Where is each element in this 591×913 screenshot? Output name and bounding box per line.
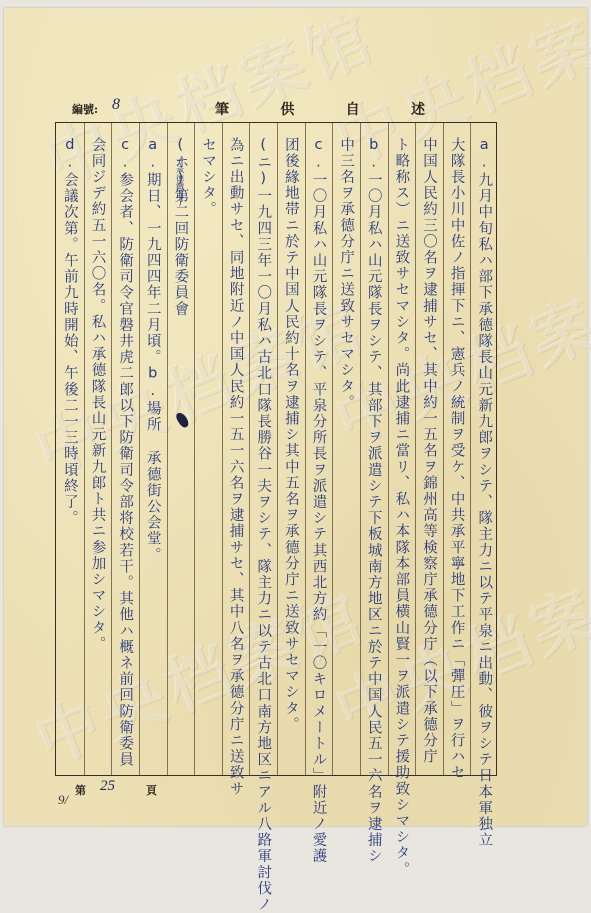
text-column: ト略称ス）ニ送致サセマシタ。尚此逮捕ニ當リ、私ハ本隊本部員横山賢一ヲ派遣シテ援助… bbox=[389, 137, 413, 828]
title-char: 筆 bbox=[215, 99, 229, 119]
text-column: (ニ)一九四三年一〇月私ハ古北口隊長勝谷一夫ヲシテ、隊主力ニ以テ古北口南方地区ニ… bbox=[251, 137, 275, 828]
text-column: 会同ジデ約五一六〇名。私ハ承德隊長山元新九郎ト共ニ参加シマシタ。 bbox=[85, 137, 109, 652]
text-column: c.一〇月私ハ山元隊長ヲシテ、平泉分所長ヲ派遣シテ其西北方約「一〇キロメートル」… bbox=[306, 137, 330, 828]
text-column: b.一〇月私ハ山元隊長ヲシテ、其部下ヲ派遣シテ下板城南方地区ニ於テ中国人民五一六… bbox=[362, 137, 386, 828]
page-number: 25 bbox=[100, 778, 115, 795]
title-char: 述 bbox=[411, 99, 425, 119]
text-column: 中国人民約三〇名ヲ逮捕サセ、其中約一五名ヲ錦州高等検察庁承德分庁（以下承德分庁 bbox=[417, 137, 441, 765]
serial-label: 編號: bbox=[72, 101, 98, 117]
text-column: 為ニ出動サセ、同地附近ノ中国人民約一五一六名ヲ逮捕サセ、其中八名ヲ承德分庁ニ送致… bbox=[224, 137, 248, 797]
text-column: 大隊長小川中佐ノ指揮下ニ、憲兵ノ統制ヲ受ケ、中共承平寧地下工作ニ「彈圧」ヲ行ハセ bbox=[445, 137, 469, 781]
corner-mark: 9/ bbox=[58, 792, 68, 808]
title-char: 自 bbox=[346, 99, 360, 119]
page-prefix: 第 bbox=[75, 782, 86, 798]
text-column: セマシタ。 bbox=[196, 137, 220, 218]
text-column: c.参会者、防衛司令官磐井虎二郎以下防衛司令部将校若干。其他ハ概ネ前回防衛委員 bbox=[113, 137, 137, 768]
text-column: 中三名ヲ承德分庁ニ送致サセマシタ。 bbox=[334, 137, 358, 411]
column-rule bbox=[194, 123, 195, 775]
title-char: 供 bbox=[280, 99, 294, 119]
inserted-note: (承德鐡道) bbox=[161, 157, 185, 207]
serial-number: 8 bbox=[112, 96, 120, 114]
manuscript-grid: a.九月中旬私ハ部下承德隊長山元新九郎ヲシテ、隊主力ニ以テ平泉ニ出動、彼ヲシテ日… bbox=[55, 122, 497, 776]
text-column: 团後緣地帯ニ於テ中国人民約十名ヲ逮捕シ其中五名ヲ承德分庁ニ送致サセマシタ。 bbox=[279, 137, 303, 733]
text-column: a.九月中旬私ハ部下承德隊長山元新九郎ヲシテ、隊主力ニ以テ平泉ニ出動、彼ヲシテ日… bbox=[472, 137, 496, 828]
text-column: d.会議次第。午前九時開始、午後二一三時頃終了。 bbox=[58, 137, 82, 526]
document-title: 筆 供 自 述 bbox=[215, 99, 425, 119]
page-suffix: 頁 bbox=[146, 782, 157, 798]
